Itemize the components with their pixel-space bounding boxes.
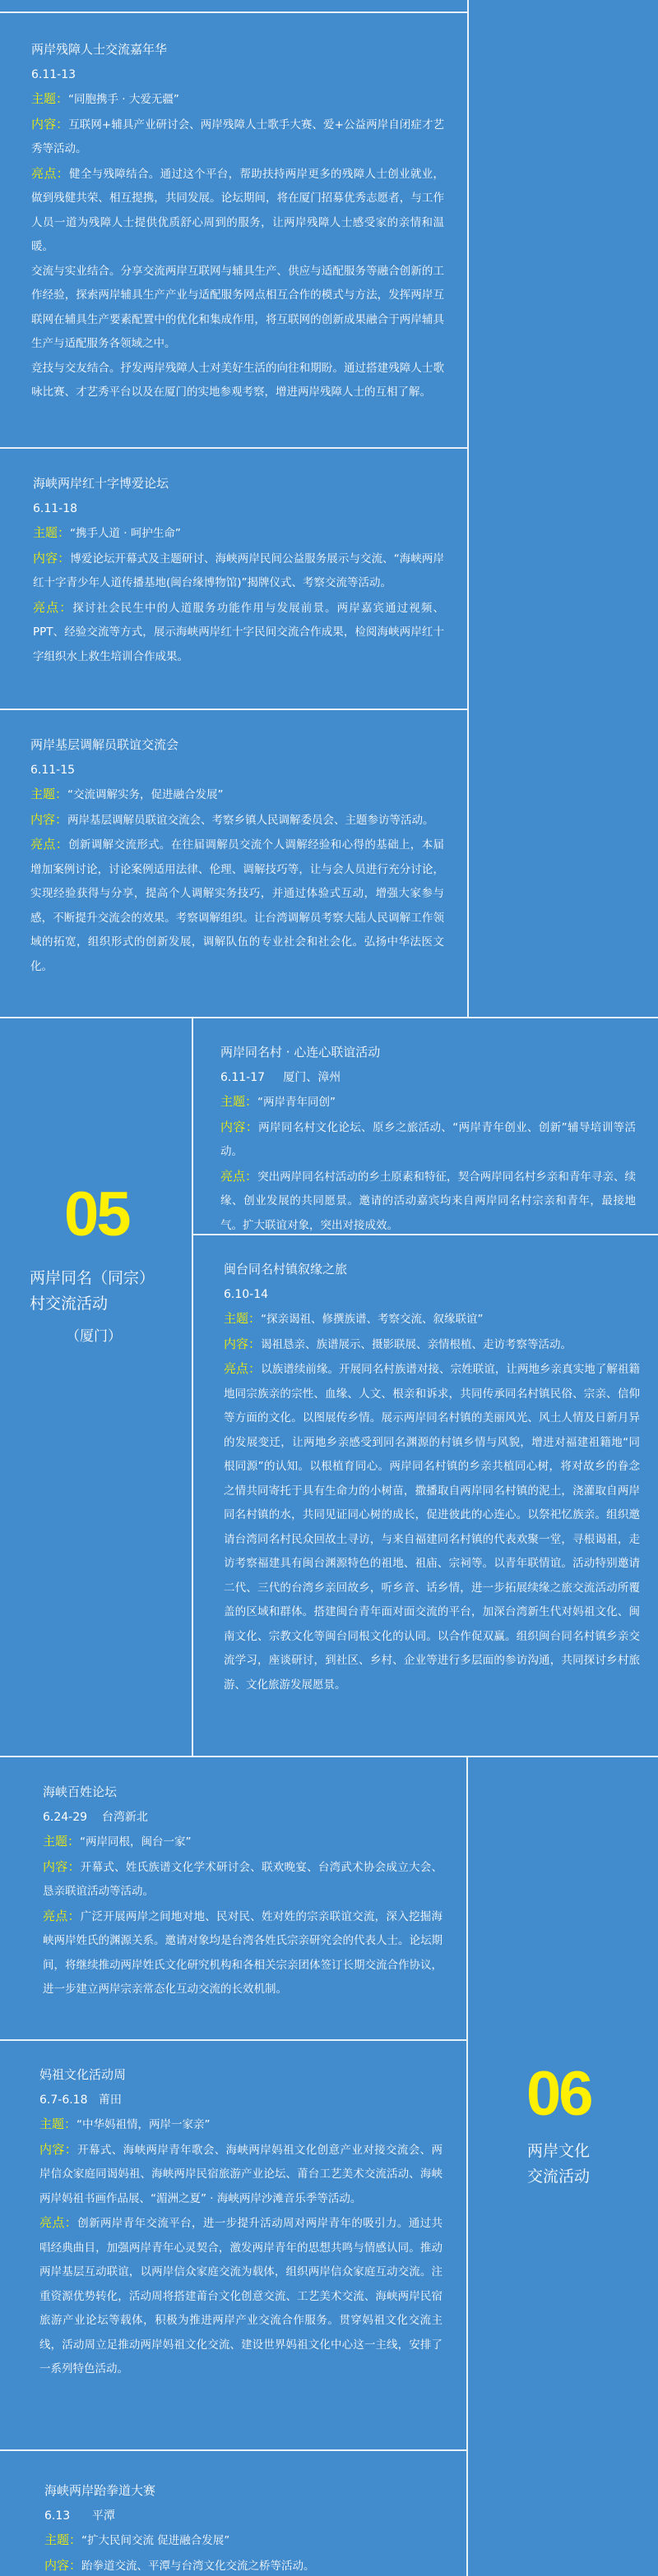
event-taekwondo-contest: 海峡两岸跆拳道大赛 6.13 平潭 主题：“扩大民间交流 促进融合发展” 内容：… bbox=[44, 2477, 447, 2576]
event-highlight: 亮点：创新两岸青年交流平台，进一步提升活动周对两岸青年的吸引力。通过共唱经典曲目… bbox=[39, 2211, 443, 2382]
event-people-forum: 海峡百姓论坛 6.24-29 台湾新北 主题：“两岸同根，闽台一家” 内容：开幕… bbox=[43, 1779, 443, 2002]
category-05-location: （厦门） bbox=[66, 1327, 122, 1346]
event-highlight: 亮点：健全与残障结合。通过这个平台，帮助扶持两岸更多的残障人士创业就业，做到残健… bbox=[31, 162, 444, 260]
event-title: 海峡两岸红十字博爱论坛 bbox=[33, 470, 444, 496]
content-label: 内容： bbox=[43, 1859, 81, 1874]
divider-section-2 bbox=[0, 709, 469, 710]
event-content: 内容：开幕式、姓氏族谱文化学术研讨会、联欢晚宴、台湾武术协会成立大会、恳亲联谊活… bbox=[43, 1855, 443, 1904]
highlight-label: 亮点： bbox=[31, 166, 69, 181]
category-06-title: 两岸文化 交流活动 bbox=[527, 2139, 651, 2190]
event-content: 内容：谒祖恳亲、族谱展示、摄影联展、亲情根植、走访考察等活动。 bbox=[224, 1332, 640, 1358]
content-label: 内容： bbox=[224, 1336, 261, 1351]
theme-label: 主题： bbox=[43, 1834, 80, 1849]
event-date: 6.13 平潭 bbox=[44, 2504, 447, 2528]
event-theme: 主题：“同胞携手 · 大爱无疆” bbox=[31, 87, 444, 113]
highlight-label: 亮点： bbox=[39, 2215, 77, 2230]
event-title: 闽台同名村镇叙缘之旅 bbox=[224, 1256, 640, 1282]
event-theme: 主题：“中华妈祖情，两岸一家亲” bbox=[39, 2112, 443, 2138]
category-06-number: 06 bbox=[526, 2063, 591, 2126]
event-theme: 主题：“两岸青年同创” bbox=[220, 1090, 636, 1115]
theme-label: 主题： bbox=[30, 787, 67, 801]
event-title: 两岸残障人士交流嘉年华 bbox=[31, 36, 444, 62]
event-mediator-exchange: 两岸基层调解员联谊交流会 6.11-15 主题：“交流调解实务，促进融合发展” … bbox=[30, 732, 444, 979]
event-highlight: 亮点：突出两岸同名村活动的乡土原素和特征，契合两岸同名村乡亲和青年寻亲、续缘、创… bbox=[220, 1165, 636, 1239]
event-theme: 主题：“携手人道 · 呵护生命” bbox=[33, 521, 444, 547]
theme-label: 主题： bbox=[39, 2117, 76, 2131]
divider-06-panel bbox=[466, 1756, 468, 2576]
event-red-cross-forum: 海峡两岸红十字博爱论坛 6.11-18 主题：“携手人道 · 呵护生命” 内容：… bbox=[33, 470, 444, 669]
divider-05-panel bbox=[192, 1017, 193, 1757]
event-same-name-village: 两岸同名村 · 心连心联谊活动 6.11-17 厦门、漳州 主题：“两岸青年同创… bbox=[220, 1039, 636, 1238]
event-content: 内容：博爱论坛开幕式及主题研讨、海峡两岸民间公益服务展示与交流、“海峡两岸红十字… bbox=[33, 547, 444, 596]
event-content: 内容：两岸基层调解员联谊交流会、考察乡镇人民调解委员会、主题参访等活动。 bbox=[30, 808, 444, 833]
event-mazu-culture-week: 妈祖文化活动周 6.7-6.18 莆田 主题：“中华妈祖情，两岸一家亲” 内容：… bbox=[39, 2061, 443, 2382]
event-title: 海峡两岸跆拳道大赛 bbox=[44, 2477, 447, 2504]
divider-06-item-1 bbox=[0, 2039, 467, 2041]
event-theme: 主题：“探亲谒祖、修撰族谱、考察交流、叙缘联谊” bbox=[224, 1307, 640, 1332]
event-content: 内容：开幕式、海峡两岸青年歌会、海峡两岸妈祖文化创意产业对接交流会、两岸信众家庭… bbox=[39, 2138, 443, 2212]
theme-label: 主题： bbox=[31, 91, 68, 106]
highlight-label: 亮点： bbox=[30, 837, 68, 852]
highlight-label: 亮点： bbox=[33, 600, 72, 615]
theme-label: 主题： bbox=[44, 2532, 81, 2547]
event-highlight-extra: 竞技与交友结合。抒发两岸残障人士对美好生活的向往和期盼。通过搭建残障人士歌咏比赛… bbox=[31, 357, 444, 405]
event-content: 内容：互联网+辅具产业研讨会、两岸残障人士歌手大赛、爱+公益两岸自闭症才艺秀等活… bbox=[31, 113, 444, 162]
content-label: 内容： bbox=[30, 812, 67, 827]
event-highlight: 亮点：探讨社会民生中的人道服务功能作用与发展前景。两岸嘉宾通过视频、PPT、经验… bbox=[33, 596, 444, 670]
highlight-label: 亮点： bbox=[224, 1361, 261, 1376]
content-label: 内容： bbox=[33, 551, 70, 566]
event-content: 内容：两岸同名村文化论坛、原乡之旅活动、“两岸青年创业、创新”辅导培训等活动。 bbox=[220, 1115, 636, 1165]
event-date: 6.11-17 厦门、漳州 bbox=[220, 1065, 636, 1090]
event-date: 6.11-18 bbox=[33, 496, 444, 521]
divider-top bbox=[0, 12, 469, 13]
event-date: 6.7-6.18 莆田 bbox=[39, 2088, 443, 2112]
event-title: 两岸基层调解员联谊交流会 bbox=[30, 732, 444, 758]
content-label: 内容： bbox=[39, 2142, 77, 2157]
theme-label: 主题： bbox=[224, 1311, 261, 1326]
content-label: 内容： bbox=[31, 117, 68, 132]
event-date: 6.10-14 bbox=[224, 1282, 640, 1307]
theme-label: 主题： bbox=[33, 525, 70, 540]
divider-category-05 bbox=[0, 1017, 658, 1018]
event-disabled-carnival: 两岸残障人士交流嘉年华 6.11-13 主题：“同胞携手 · 大爱无疆” 内容：… bbox=[31, 36, 444, 405]
category-05-title: 两岸同名（同宗） 村交流活动 bbox=[30, 1266, 191, 1317]
highlight-label: 亮点： bbox=[43, 1909, 81, 1923]
event-highlight: 亮点：广泛开展两岸之间地对地、民对民、姓对姓的宗亲联谊交流，深入挖掘海峡两岸姓氏… bbox=[43, 1904, 443, 2002]
divider-category-06 bbox=[0, 1756, 658, 1757]
divider-right-column bbox=[467, 0, 469, 1018]
event-highlight-extra: 交流与实业结合。分享交流两岸互联网与辅具生产、供应与适配服务等融合创新的工作经验… bbox=[31, 260, 444, 357]
event-date: 6.24-29 台湾新北 bbox=[43, 1805, 443, 1830]
event-village-heritage-tour: 闽台同名村镇叙缘之旅 6.10-14 主题：“探亲谒祖、修撰族谱、考察交流、叙缘… bbox=[224, 1256, 640, 1697]
event-title: 妈祖文化活动周 bbox=[39, 2061, 443, 2088]
event-theme: 主题：“扩大民间交流 促进融合发展” bbox=[44, 2528, 447, 2554]
event-highlight: 亮点：创新调解交流形式。在往届调解员交流个人调解经验和心得的基础上，本届增加案例… bbox=[30, 833, 444, 979]
event-date: 6.11-15 bbox=[30, 758, 444, 782]
content-label: 内容： bbox=[220, 1119, 258, 1134]
event-date: 6.11-13 bbox=[31, 62, 444, 87]
category-05-number: 05 bbox=[64, 1184, 129, 1246]
event-highlight: 亮点：以族谱续前缘。开展同名村族谱对接、宗姓联谊，让两地乡亲真实地了解祖籍地同宗… bbox=[224, 1357, 640, 1697]
content-label: 内容： bbox=[44, 2558, 81, 2573]
highlight-label: 亮点： bbox=[220, 1169, 257, 1184]
divider-06-item-2 bbox=[0, 2449, 467, 2451]
event-content: 内容：跆拳道交流、平潭与台湾文化交流之桥等活动。 bbox=[44, 2554, 447, 2576]
theme-label: 主题： bbox=[220, 1094, 257, 1109]
event-theme: 主题：“两岸同根，闽台一家” bbox=[43, 1830, 443, 1855]
event-theme: 主题：“交流调解实务，促进融合发展” bbox=[30, 782, 444, 808]
event-title: 两岸同名村 · 心连心联谊活动 bbox=[220, 1039, 636, 1065]
divider-section-1 bbox=[0, 447, 469, 449]
event-title: 海峡百姓论坛 bbox=[43, 1779, 443, 1805]
